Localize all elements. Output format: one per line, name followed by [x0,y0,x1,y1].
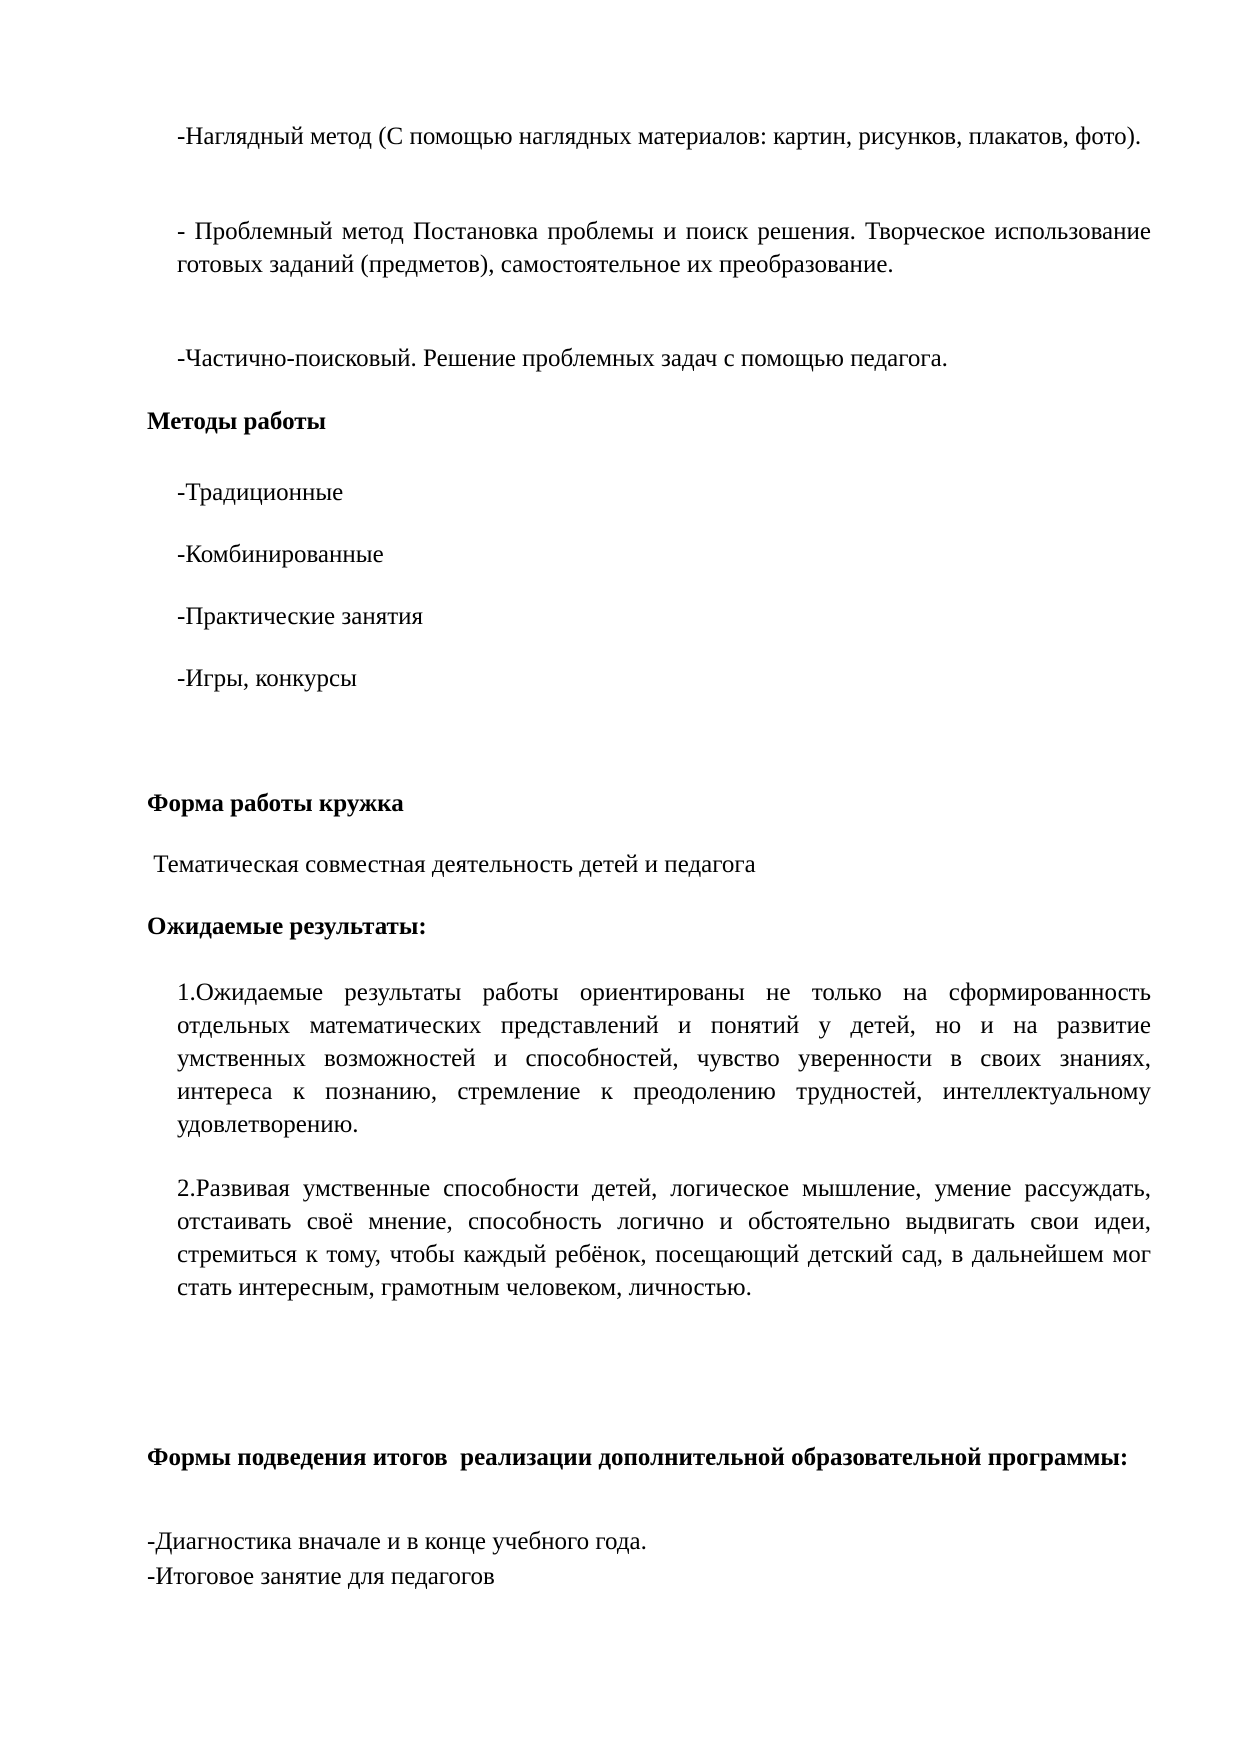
work-method-item: -Игры, конкурсы [177,662,1151,695]
method-partial-search-paragraph: -Частично-поисковый. Решение проблемных … [177,342,1151,375]
work-methods-heading: Методы работы [147,405,1151,438]
summary-form-item: -Итоговое занятие для педагогов [147,1560,1151,1593]
work-form-heading: Форма работы кружка [147,787,1151,820]
expected-result-item-2: 2.Развивая умственные способности детей,… [177,1172,1151,1304]
method-visual-paragraph: -Наглядный метод (С помощью наглядных ма… [177,120,1151,153]
document-page: -Наглядный метод (С помощью наглядных ма… [0,0,1240,1754]
expected-results-heading: Ожидаемые результаты: [147,910,1151,943]
expected-result-item-1: 1.Ожидаемые результаты работы ориентиров… [177,976,1151,1141]
work-method-item: -Практические занятия [177,600,1151,633]
work-method-item: -Традиционные [177,476,1151,509]
summary-form-item: -Диагностика вначале и в конце учебного … [147,1525,1151,1558]
work-method-item: -Комбинированные [177,538,1151,571]
work-form-text: Тематическая совместная деятельность дет… [147,848,1151,881]
method-problem-paragraph: - Проблемный метод Постановка проблемы и… [177,215,1151,281]
summary-forms-heading: Формы подведения итогов реализации допол… [147,1438,1151,1478]
